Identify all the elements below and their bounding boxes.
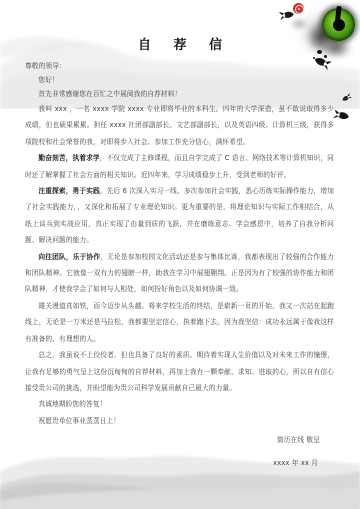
eye-pupil [333, 19, 345, 31]
paragraph-text: ，先后 6 次深入实习一线、多次参加社会实践，悉心历练实际操作能力，增加了社会实… [25, 187, 334, 244]
paragraph-lead: 勤奋刻苦，执着求学 [38, 154, 99, 162]
seal-dot [298, 8, 300, 10]
page-title: 自 荐 信 [0, 34, 360, 53]
paragraph-practice: 注重探索，勇于实践，先后 6 次深入实习一线、多次参加社会实践，悉心历练实际操作… [25, 183, 334, 249]
paragraph-text: 我叫 xxx ，一名 xxxx 学院 xxxx 专业即将毕业的本科生。四年的大学… [25, 105, 334, 146]
greeting-line: 您好！ [25, 73, 334, 87]
paragraph-text: 总之，我虽说不上佼佼者，但也具备了良好的素质。期待着实现人生价值以及对未来工作的… [25, 351, 334, 392]
paragraph-determination: 雄关漫道真如铁，而今迈步从头越。将来学校生活的终结，是崭新一页的开始，我又一次站… [25, 298, 334, 347]
closing-reply-request: 真诚地期盼您的答复！ [25, 396, 334, 413]
paragraph-teamwork: 向往团队，乐于协作，无论是参加校园文化活动还是参与集体比赛，我都表现出了较强的合… [25, 249, 334, 298]
letter-page: 自 荐 信 尊敬的领导： 您好！ 首先非常感谢您在百忙之中展阅我的自荐材料！ 我… [0, 0, 360, 509]
seal-ring [295, 5, 304, 14]
paragraph-summary: 总之，我虽说不上佼佼者，但也具备了良好的素质。期待着实现人生价值以及对未来工作的… [25, 347, 334, 396]
salutation: 尊敬的领导： [25, 59, 334, 73]
closing-wishes: 祝愿贵单位事业蒸蒸日上！ [25, 413, 334, 430]
date-line: xxxx 年 xx 月 [25, 455, 334, 472]
paragraph-lead: 向往团队，乐于协作 [38, 253, 100, 261]
red-seal-stamp-icon [293, 3, 304, 14]
letter-body: 尊敬的领导： 您好！ 首先非常感谢您在百忙之中展阅我的自荐材料！ 我叫 xxx … [25, 59, 334, 479]
paragraph-introduction: 我叫 xxx ，一名 xxxx 学院 xxxx 专业即将毕业的本科生。四年的大学… [25, 101, 334, 150]
paragraph-text: 雄关漫道真如铁，而今迈步从头越。将来学校生活的终结，是崭新一页的开始，我又一次站… [25, 302, 334, 343]
paragraph-study: 勤奋刻苦，执着求学，不仅完成了主修课程，而且自学完成了 C 语言、网络技术等计算… [25, 150, 334, 183]
signature: 简历在线 敬呈 [25, 432, 334, 449]
ink-fish-icon [332, 109, 350, 122]
thanks-line: 首先非常感谢您在百忙之中展阅我的自荐材料！ [25, 87, 334, 101]
paragraph-lead: 注重探索，勇于实践 [38, 187, 99, 195]
